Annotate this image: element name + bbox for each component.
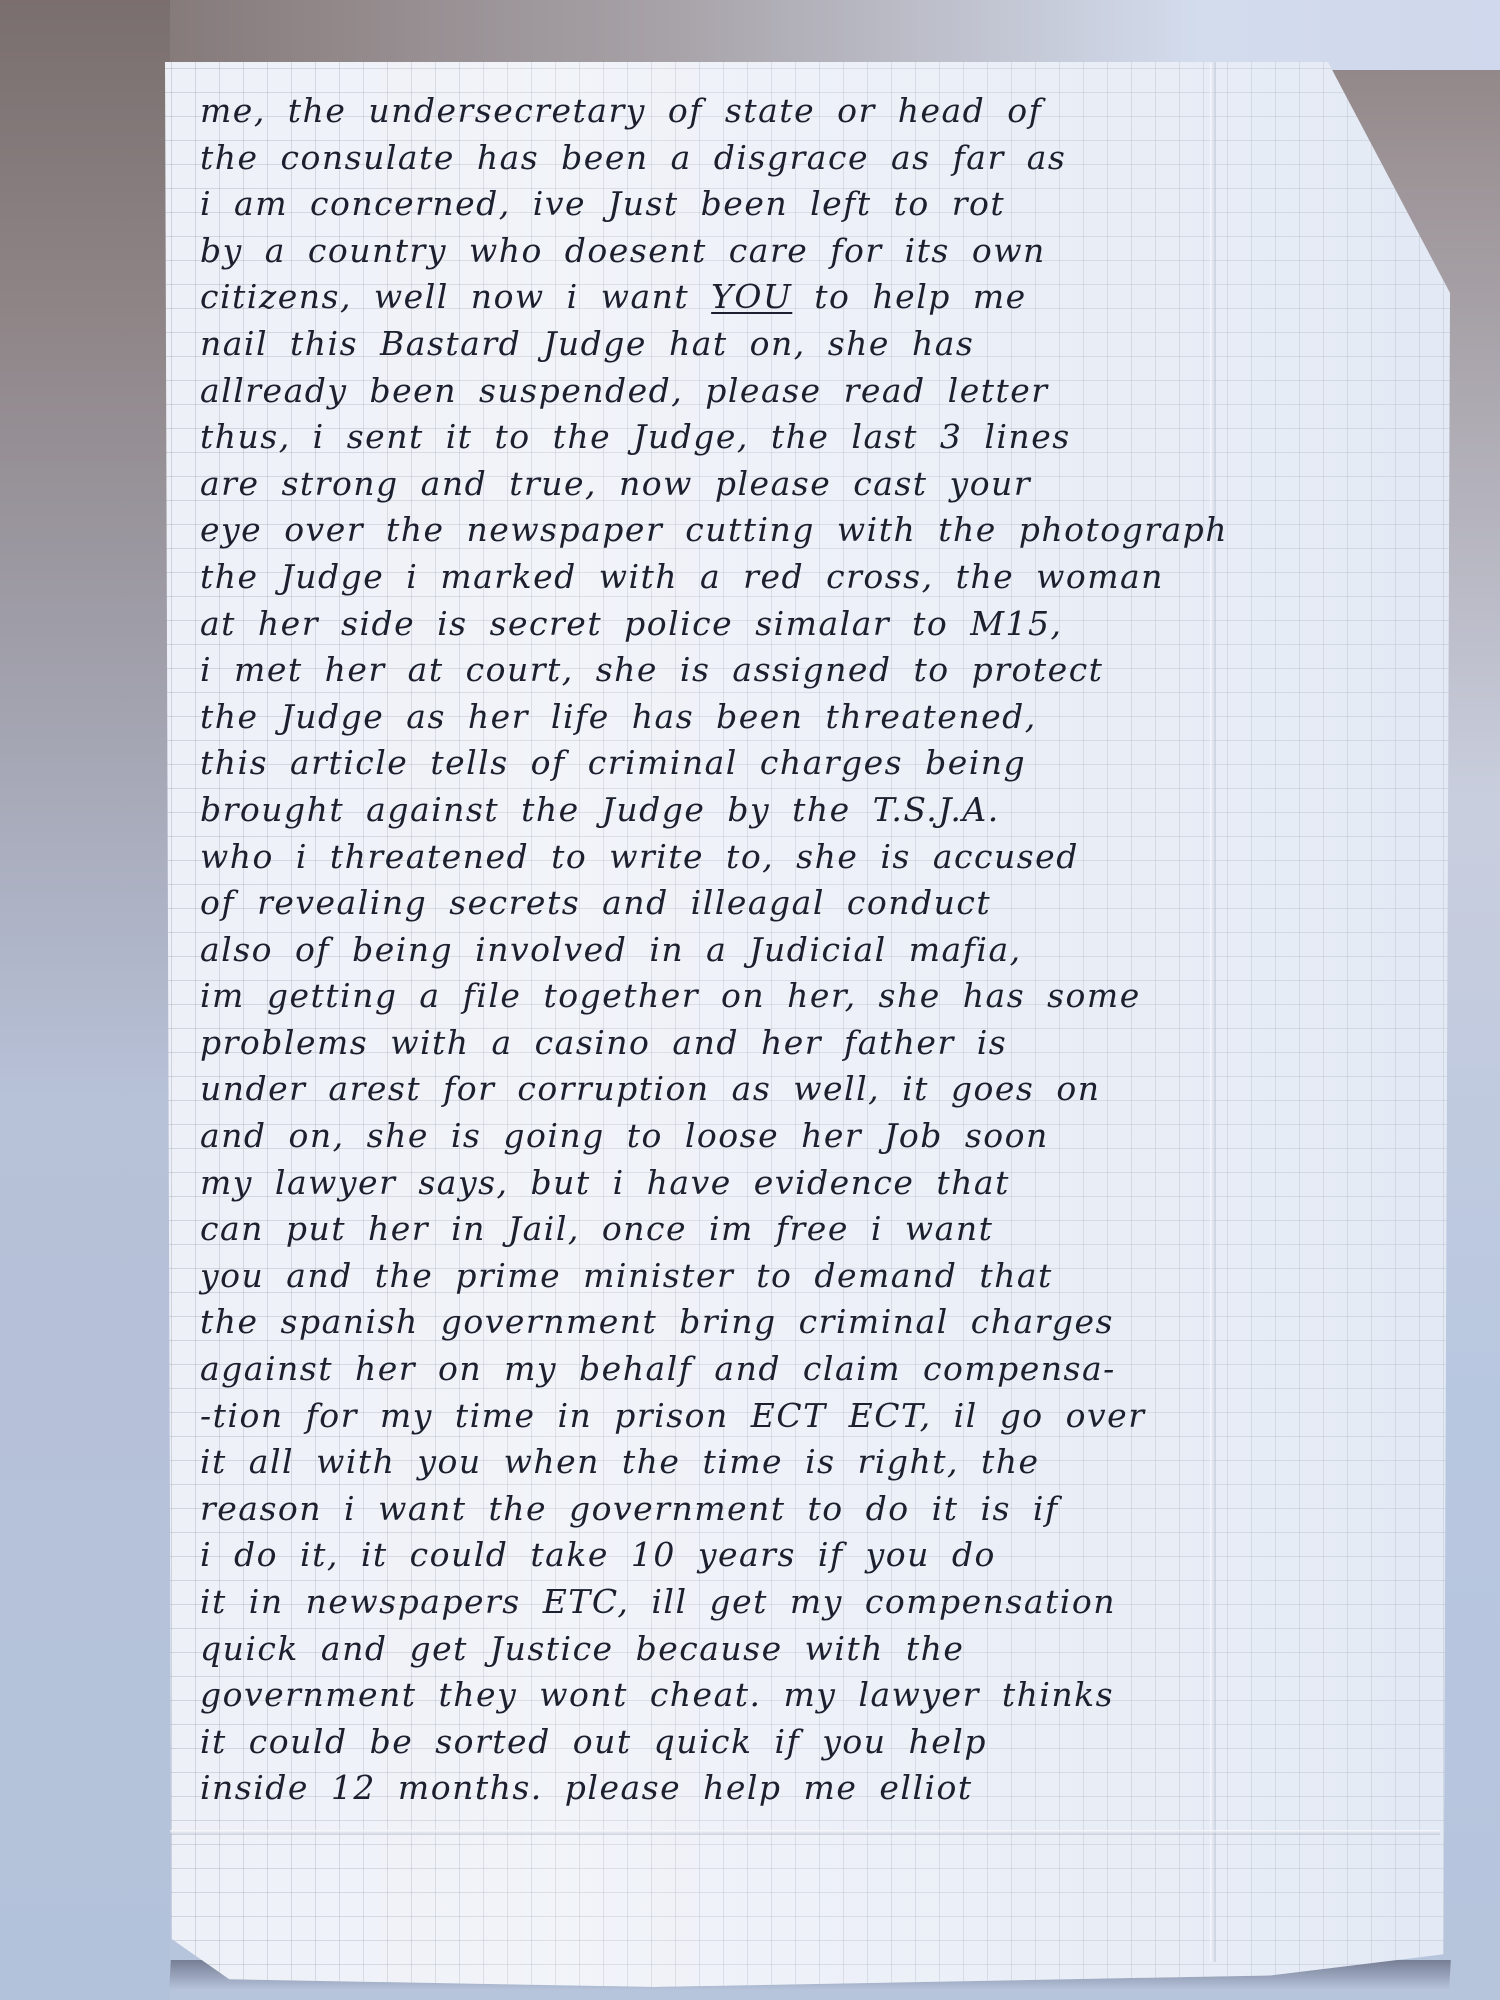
letter-line: it all with you when the time is right, … [200, 1439, 1430, 1486]
letter-line: -tion for my time in prison ECT ECT, il … [200, 1393, 1430, 1440]
letter-line: im getting a file together on her, she h… [200, 973, 1430, 1020]
letter-line: are strong and true, now please cast you… [200, 461, 1430, 508]
letter-line: my lawyer says, but i have evidence that [200, 1160, 1430, 1207]
letter-line: by a country who doesent care for its ow… [200, 228, 1430, 275]
letter-line: allready been suspended, please read let… [200, 368, 1430, 415]
letter-line-signature: inside 12 months. please help me elliot [200, 1765, 1430, 1812]
letter-line-emphasis-you: citizens, well now i want YOU to help me [200, 274, 1430, 321]
letter-line: eye over the newspaper cutting with the … [200, 507, 1430, 554]
letter-line: reason i want the government to do it is… [200, 1486, 1430, 1533]
letter-line: nail this Bastard Judge hat on, she has [200, 321, 1430, 368]
background-left-shade [0, 0, 170, 2000]
letter-line: at her side is secret police simalar to … [200, 601, 1430, 648]
letter-line: the spanish government bring criminal ch… [200, 1299, 1430, 1346]
letter-line: this article tells of criminal charges b… [200, 740, 1430, 787]
horizontal-fold-crease [170, 1830, 1440, 1835]
letter-line: under arest for corruption as well, it g… [200, 1066, 1430, 1113]
letter-line: of revealing secrets and illeagal conduc… [200, 880, 1430, 927]
letter-line: the Judge i marked with a red cross, the… [200, 554, 1430, 601]
letter-line: it could be sorted out quick if you help [200, 1719, 1430, 1766]
letter-line: it in newspapers ETC, ill get my compens… [200, 1579, 1430, 1626]
letter-line: the Judge as her life has been threatene… [200, 694, 1430, 741]
letter-line: i met her at court, she is assigned to p… [200, 647, 1430, 694]
letter-line: government they wont cheat. my lawyer th… [200, 1672, 1430, 1719]
letter-line: also of being involved in a Judicial maf… [200, 927, 1430, 974]
letter-line: i am concerned, ive Just been left to ro… [200, 181, 1430, 228]
letter-line: can put her in Jail, once im free i want [200, 1206, 1430, 1253]
letter-line: brought against the Judge by the T.S.J.A… [200, 787, 1430, 834]
letter-line: me, the undersecretary of state or head … [200, 88, 1430, 135]
letter-line: quick and get Justice because with the [200, 1626, 1430, 1673]
letter-line: you and the prime minister to demand tha… [200, 1253, 1430, 1300]
letter-line: problems with a casino and her father is [200, 1020, 1430, 1067]
underlined-you: YOU [711, 277, 792, 316]
letter-line: who i threatened to write to, she is acc… [200, 834, 1430, 881]
letter-line: thus, i sent it to the Judge, the last 3… [200, 414, 1430, 461]
letter-line: against her on my behalf and claim compe… [200, 1346, 1430, 1393]
handwritten-letter: me, the undersecretary of state or head … [200, 88, 1430, 1812]
background-top-shade [0, 0, 1500, 70]
letter-line: i do it, it could take 10 years if you d… [200, 1532, 1430, 1579]
letter-line: and on, she is going to loose her Job so… [200, 1113, 1430, 1160]
letter-line: the consulate has been a disgrace as far… [200, 135, 1430, 182]
